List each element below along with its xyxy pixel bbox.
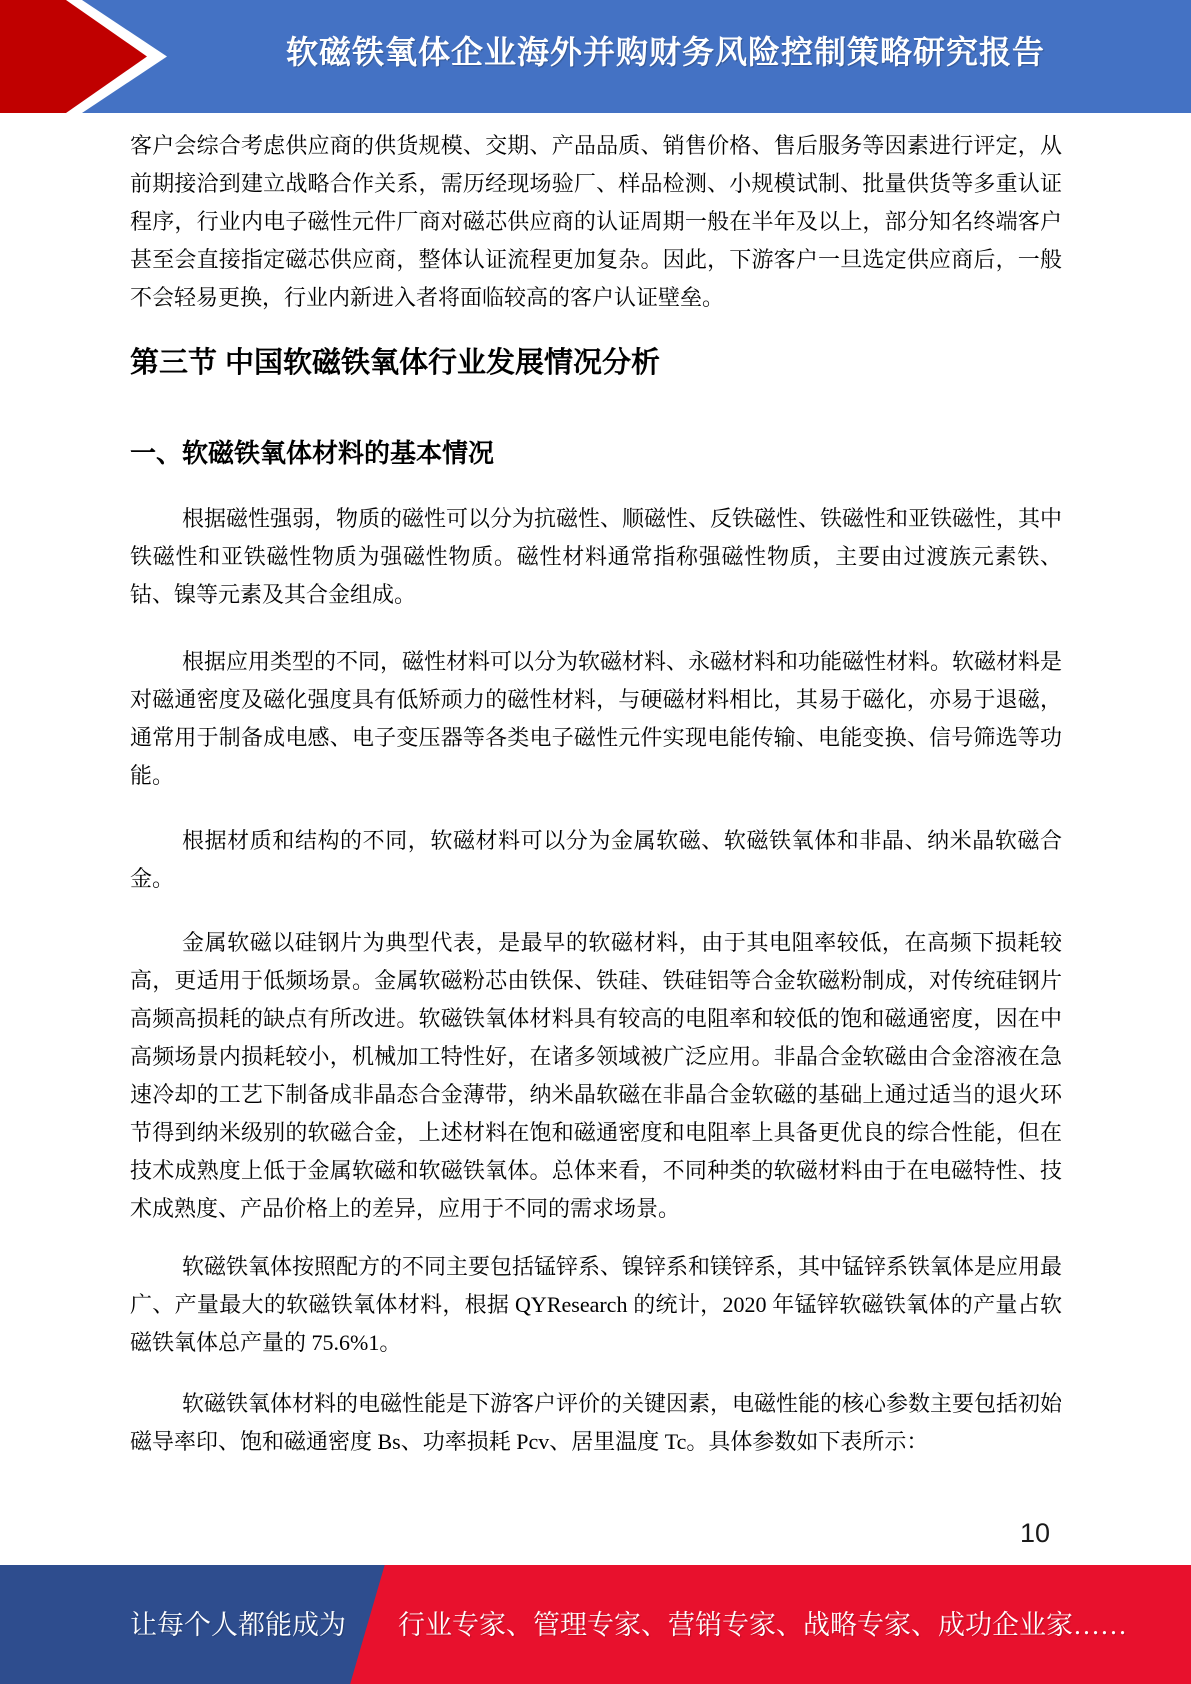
page-number: 10: [1002, 1518, 1068, 1548]
subsection-heading: 一、软磁铁氧体材料的基本情况: [130, 433, 1062, 473]
footer-banner: 让每个人都能成为 行业专家、管理专家、营销专家、战略专家、成功企业家……: [0, 1565, 1191, 1684]
section-heading: 第三节 中国软磁铁氧体行业发展情况分析: [130, 341, 1062, 385]
report-page: 软磁铁氧体企业海外并购财务风险控制策略研究报告 客户会综合考虑供应商的供货规模、…: [0, 0, 1191, 1684]
body-paragraph: 金属软磁以硅钢片为典型代表，是最早的软磁材料，由于其电阻率较低，在高频下损耗较高…: [130, 924, 1062, 1228]
report-title: 软磁铁氧体企业海外并购财务风险控制策略研究报告: [140, 0, 1191, 100]
document-body: 客户会综合考虑供应商的供货规模、交期、产品品质、销售价格、售后服务等因素进行评定…: [130, 113, 1062, 1461]
header-banner: 软磁铁氧体企业海外并购财务风险控制策略研究报告: [0, 0, 1191, 113]
body-paragraph: 根据应用类型的不同，磁性材料可以分为软磁材料、永磁材料和功能磁性材料。软磁材料是…: [130, 643, 1062, 795]
body-paragraph: 根据磁性强弱，物质的磁性可以分为抗磁性、顺磁性、反铁磁性、铁磁性和亚铁磁性，其中…: [130, 500, 1062, 614]
body-paragraph: 软磁铁氧体材料的电磁性能是下游客户评价的关键因素，电磁性能的核心参数主要包括初始…: [130, 1385, 1062, 1461]
body-paragraph: 根据材质和结构的不同，软磁材料可以分为金属软磁、软磁铁氧体和非晶、纳米晶软磁合金…: [130, 822, 1062, 898]
body-paragraph: 软磁铁氧体按照配方的不同主要包括锰锌系、镍锌系和镁锌系，其中锰锌系铁氧体是应用最…: [130, 1248, 1062, 1362]
intro-paragraph: 客户会综合考虑供应商的供货规模、交期、产品品质、销售价格、售后服务等因素进行评定…: [130, 127, 1062, 317]
footer-slogan-left: 让每个人都能成为: [130, 1609, 346, 1641]
chevron-fill: [0, 0, 147, 113]
footer-slogan-right: 行业专家、管理专家、营销专家、战略专家、成功企业家……: [398, 1609, 1127, 1641]
